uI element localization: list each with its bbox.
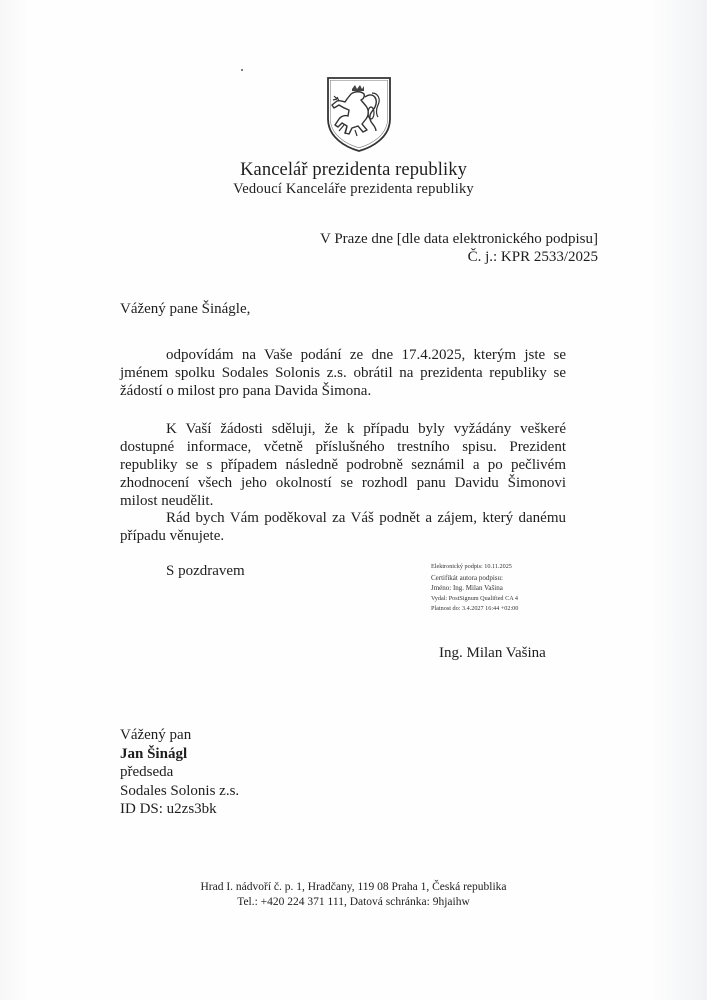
certificate-label: Certifikát autora podpisu: bbox=[431, 573, 518, 584]
recipient-data-box: ID DS: u2zs3bk bbox=[120, 800, 239, 819]
recipient-role: předseda bbox=[120, 763, 239, 782]
paragraph-3: Rád bych Vám poděkoval za Váš podnět a z… bbox=[120, 509, 566, 545]
electronic-signature-block: Elektronický podpis: 10.11.2025 Certifik… bbox=[431, 562, 518, 615]
closing: S pozdravem bbox=[166, 563, 245, 580]
place-date: V Praze dne [dle data elektronického pod… bbox=[320, 230, 598, 248]
signature-date: Elektronický podpis: 10.11.2025 bbox=[431, 562, 518, 573]
recipient-address: Vážený pan Jan Šinágl předseda Sodales S… bbox=[120, 726, 239, 819]
letter-page: Kancelář prezidenta republiky Vedoucí Ka… bbox=[0, 0, 707, 1000]
signer-name: Ing. Milan Vašina bbox=[439, 645, 546, 662]
czech-lion-coat-of-arms-icon bbox=[325, 75, 393, 153]
office-title: Kancelář prezidenta republiky bbox=[0, 160, 707, 181]
recipient-organization: Sodales Solonis z.s. bbox=[120, 782, 239, 801]
scan-speck bbox=[241, 69, 243, 71]
salutation: Vážený pane Šinágle, bbox=[120, 301, 250, 318]
certificate-validity: Platnost do: 3.4.2027 16:44 +02:00 bbox=[431, 604, 518, 615]
reference-number: Č. j.: KPR 2533/2025 bbox=[320, 248, 598, 266]
paragraph-1: odpovídám na Vaše podání ze dne 17.4.202… bbox=[120, 346, 566, 400]
recipient-greeting: Vážený pan bbox=[120, 726, 239, 745]
footer-address: Hrad I. nádvoří č. p. 1, Hradčany, 119 0… bbox=[0, 880, 707, 895]
paragraph-2: K Vaší žádosti sděluji, že k případu byl… bbox=[120, 420, 566, 510]
footer: Hrad I. nádvoří č. p. 1, Hradčany, 119 0… bbox=[0, 880, 707, 910]
date-and-reference: V Praze dne [dle data elektronického pod… bbox=[320, 230, 598, 266]
certificate-issuer: Vydal: PostSignum Qualified CA 4 bbox=[431, 594, 518, 605]
office-subtitle: Vedoucí Kanceláře prezidenta republiky bbox=[0, 181, 707, 198]
footer-contact: Tel.: +420 224 371 111, Datová schránka:… bbox=[0, 895, 707, 910]
recipient-name: Jan Šinágl bbox=[120, 745, 239, 764]
certificate-name: Jméno: Ing. Milan Vašina bbox=[431, 583, 518, 594]
